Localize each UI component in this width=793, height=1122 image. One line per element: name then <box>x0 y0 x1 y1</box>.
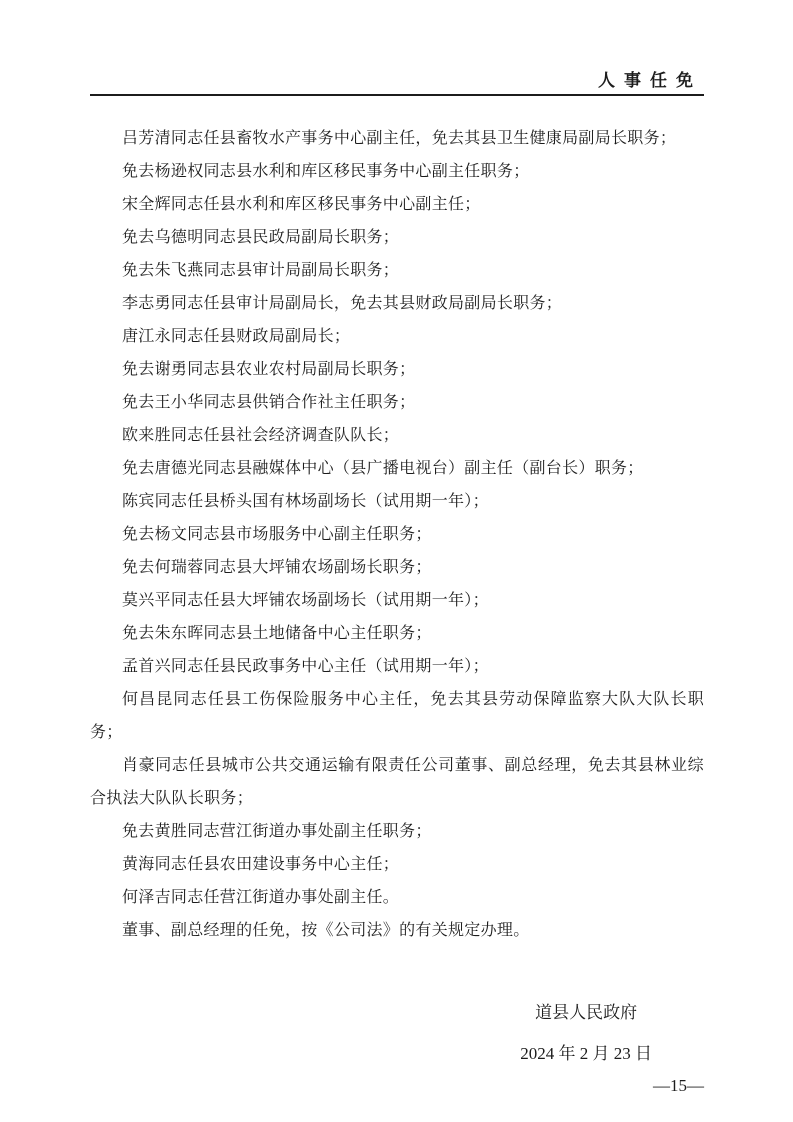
paragraph: 宋全辉同志任县水利和库区移民事务中心副主任； <box>90 188 704 221</box>
paragraph: 李志勇同志任县审计局副局长，免去其县财政局副局长职务； <box>90 287 704 320</box>
paragraph: 何泽吉同志任营江街道办事处副主任。 <box>90 881 704 914</box>
paragraph: 陈宾同志任县桥头国有林场副场长（试用期一年）； <box>90 485 704 518</box>
paragraph: 免去杨文同志县市场服务中心副主任职务； <box>90 518 704 551</box>
signature-date: 2024 年 2 月 23 日 <box>520 1033 652 1074</box>
signature-issuer: 道县人民政府 <box>520 992 652 1033</box>
page-number: —15— <box>90 1076 704 1096</box>
paragraph: 唐江永同志任县财政局副局长； <box>90 320 704 353</box>
paragraph: 董事、副总经理的任免，按《公司法》的有关规定办理。 <box>90 914 704 947</box>
paragraph: 免去乌德明同志县民政局副局长职务； <box>90 221 704 254</box>
paragraph: 何昌昆同志任县工伤保险服务中心主任，免去其县劳动保障监察大队大队长职务； <box>90 683 704 749</box>
paragraph: 免去黄胜同志营江街道办事处副主任职务； <box>90 815 704 848</box>
paragraph: 免去谢勇同志县农业农村局副局长职务； <box>90 353 704 386</box>
paragraph: 黄海同志任县农田建设事务中心主任； <box>90 848 704 881</box>
paragraph: 莫兴平同志任县大坪铺农场副场长（试用期一年）； <box>90 584 704 617</box>
page-header-title: 人事任免 <box>598 71 702 90</box>
paragraph: 欧来胜同志任县社会经济调查队队长； <box>90 419 704 452</box>
paragraph: 免去何瑞蓉同志县大坪铺农场副场长职务； <box>90 551 704 584</box>
paragraph: 肖豪同志任县城市公共交通运输有限责任公司董事、副总经理，免去其县林业综合执法大队… <box>90 749 704 815</box>
document-page: 人事任免 吕芳清同志任县畜牧水产事务中心副主任，免去其县卫生健康局副局长职务； … <box>0 0 793 1122</box>
paragraph: 免去杨逊权同志县水利和库区移民事务中心副主任职务； <box>90 155 704 188</box>
paragraph: 免去唐德光同志县融媒体中心（县广播电视台）副主任（副台长）职务； <box>90 452 704 485</box>
signature-block: 道县人民政府 2024 年 2 月 23 日 <box>520 992 652 1074</box>
paragraph: 吕芳清同志任县畜牧水产事务中心副主任，免去其县卫生健康局副局长职务； <box>90 122 704 155</box>
document-body: 吕芳清同志任县畜牧水产事务中心副主任，免去其县卫生健康局副局长职务； 免去杨逊权… <box>90 122 704 947</box>
paragraph: 孟首兴同志任县民政事务中心主任（试用期一年）； <box>90 650 704 683</box>
paragraph: 免去朱东晖同志县土地储备中心主任职务； <box>90 617 704 650</box>
paragraph: 免去王小华同志县供销合作社主任职务； <box>90 386 704 419</box>
page-header: 人事任免 <box>90 71 704 96</box>
paragraph: 免去朱飞燕同志县审计局副局长职务； <box>90 254 704 287</box>
